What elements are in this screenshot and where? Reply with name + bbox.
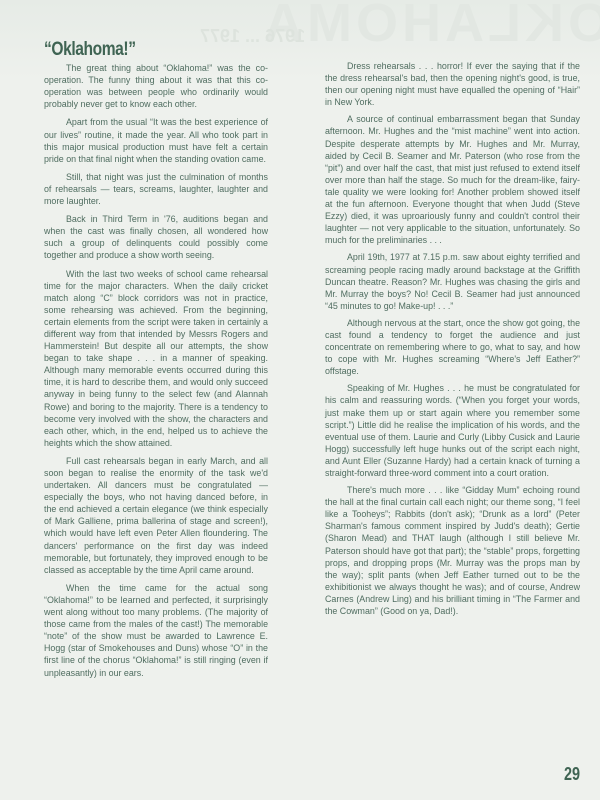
paragraph: Although nervous at the start, once the … (325, 317, 580, 377)
paragraph: Still, that night was just the culminati… (44, 171, 268, 207)
paragraph: There's much more . . . like “Gidday Mum… (325, 484, 580, 617)
paragraph: When the time came for the actual song “… (44, 582, 268, 679)
paragraph: A source of continual embarrassment bega… (325, 113, 580, 246)
paragraph: Apart from the usual “It was the best ex… (44, 116, 268, 164)
ghost-heading: OKLAHOMA (260, 0, 600, 54)
right-column: Dress rehearsals . . . horror! If ever t… (325, 60, 580, 622)
paragraph: Speaking of Mr. Hughes . . . he must be … (325, 382, 580, 479)
paragraph: The great thing about “Oklahoma!” was th… (44, 62, 268, 110)
paragraph: April 19th, 1977 at 7.15 p.m. saw about … (325, 251, 580, 311)
page-number: 29 (564, 764, 580, 785)
paragraph: Full cast rehearsals began in early Marc… (44, 455, 268, 576)
left-column: “Oklahoma!” The great thing about “Oklah… (44, 40, 268, 685)
paragraph: With the last two weeks of school came r… (44, 268, 268, 449)
paragraph: Dress rehearsals . . . horror! If ever t… (325, 60, 580, 108)
article-title: “Oklahoma!” (44, 44, 228, 56)
paragraph: Back in Third Term in '76, auditions beg… (44, 213, 268, 261)
